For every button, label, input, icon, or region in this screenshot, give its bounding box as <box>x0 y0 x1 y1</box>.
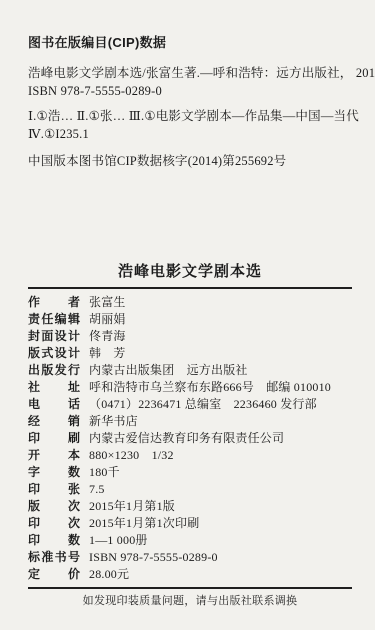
colophon-row-edition: 版次 2015年1月第1版 <box>28 498 352 515</box>
colophon-row-format: 开本 880×1230 1/32 <box>28 447 352 464</box>
cip-entry-line: 浩峰电影文学剧本选/张富生著.—呼和浩特：远方出版社， 2014.12 <box>28 64 352 82</box>
colophon-row-editor: 责任编辑 胡丽娟 <box>28 311 352 328</box>
colophon-value: 2015年1月第1次印刷 <box>89 515 199 532</box>
colophon-row-cover-design: 封面设计 佟青海 <box>28 328 352 345</box>
colophon-label: 印刷 <box>28 430 80 447</box>
divider-top <box>28 287 352 289</box>
colophon-label: 印数 <box>28 532 80 549</box>
colophon-row-impression: 印次 2015年1月第1次印刷 <box>28 515 352 532</box>
colophon-row-phone: 电话 （0471）2236471 总编室 2236460 发行部 <box>28 396 352 413</box>
colophon-value: 1—1 000册 <box>89 532 148 549</box>
colophon-label: 印张 <box>28 481 80 498</box>
divider-bottom <box>28 587 352 589</box>
colophon-label: 定价 <box>28 566 80 583</box>
colophon-row-price: 定价 28.00元 <box>28 566 352 583</box>
colophon-value: 7.5 <box>89 481 105 498</box>
colophon-value: 28.00元 <box>89 566 129 583</box>
colophon-row-distributor: 经销 新华书店 <box>28 413 352 430</box>
colophon-row-word-count: 字数 180千 <box>28 464 352 481</box>
colophon-row-isbn: 标准书号 ISBN 978-7-5555-0289-0 <box>28 549 352 566</box>
colophon-label: 经销 <box>28 413 80 430</box>
colophon-value: 880×1230 1/32 <box>89 447 174 464</box>
colophon-value: 张富生 <box>89 294 126 311</box>
colophon-row-author: 作者 张富生 <box>28 294 352 311</box>
colophon-value: 佟青海 <box>89 328 126 345</box>
colophon-row-printer: 印刷 内蒙古爱信达教育印务有限责任公司 <box>28 430 352 447</box>
colophon-label: 开本 <box>28 447 80 464</box>
colophon-label: 版次 <box>28 498 80 515</box>
quality-notice: 如发现印装质量问题，请与出版社联系调换 <box>28 595 352 608</box>
cip-heading: 图书在版编目(CIP)数据 <box>28 34 352 51</box>
colophon-value: （0471）2236471 总编室 2236460 发行部 <box>89 396 317 413</box>
colophon-row-sheets: 印张 7.5 <box>28 481 352 498</box>
cip-classification-line-2: Ⅳ.①I235.1 <box>28 125 352 143</box>
colophon-label: 出版发行 <box>28 362 80 379</box>
colophon-label: 字数 <box>28 464 80 481</box>
colophon-value: 呼和浩特市乌兰察布东路666号 邮编 010010 <box>89 379 331 396</box>
colophon-label: 印次 <box>28 515 80 532</box>
colophon-value: 内蒙古出版集团 远方出版社 <box>89 362 248 379</box>
colophon-value: 2015年1月第1版 <box>89 498 175 515</box>
colophon-label: 版式设计 <box>28 345 80 362</box>
colophon-row-print-run: 印数 1—1 000册 <box>28 532 352 549</box>
colophon-row-layout-design: 版式设计 韩 芳 <box>28 345 352 362</box>
colophon-label: 作者 <box>28 294 80 311</box>
colophon-value: 胡丽娟 <box>89 311 126 328</box>
colophon-value: 韩 芳 <box>89 345 126 362</box>
colophon-row-address: 社址 呼和浩特市乌兰察布东路666号 邮编 010010 <box>28 379 352 396</box>
cip-classification-line-1: Ⅰ.①浩… Ⅱ.①张… Ⅲ.①电影文学剧本—作品集—中国—当代 <box>28 107 352 125</box>
colophon-label: 责任编辑 <box>28 311 80 328</box>
copyright-page: 图书在版编目(CIP)数据 浩峰电影文学剧本选/张富生著.—呼和浩特：远方出版社… <box>0 0 375 630</box>
cip-record-number: 中国版本图书馆CIP数据核字(2014)第255692号 <box>28 152 352 170</box>
book-title: 浩峰电影文学剧本选 <box>28 263 352 281</box>
cip-data-block: 图书在版编目(CIP)数据 浩峰电影文学剧本选/张富生著.—呼和浩特：远方出版社… <box>28 34 352 170</box>
colophon-value: 新华书店 <box>89 413 138 430</box>
cip-isbn-line: ISBN 978-7-5555-0289-0 <box>28 82 352 100</box>
colophon-row-publisher: 出版发行 内蒙古出版集团 远方出版社 <box>28 362 352 379</box>
colophon-label: 封面设计 <box>28 328 80 345</box>
colophon-label: 标准书号 <box>28 549 80 566</box>
colophon-value: ISBN 978-7-5555-0289-0 <box>89 549 218 566</box>
colophon-table: 作者 张富生 责任编辑 胡丽娟 封面设计 佟青海 版式设计 韩 芳 出版发行 内… <box>28 294 352 583</box>
colophon-label: 电话 <box>28 396 80 413</box>
colophon-value: 内蒙古爱信达教育印务有限责任公司 <box>89 430 284 447</box>
colophon-label: 社址 <box>28 379 80 396</box>
colophon-value: 180千 <box>89 464 120 481</box>
